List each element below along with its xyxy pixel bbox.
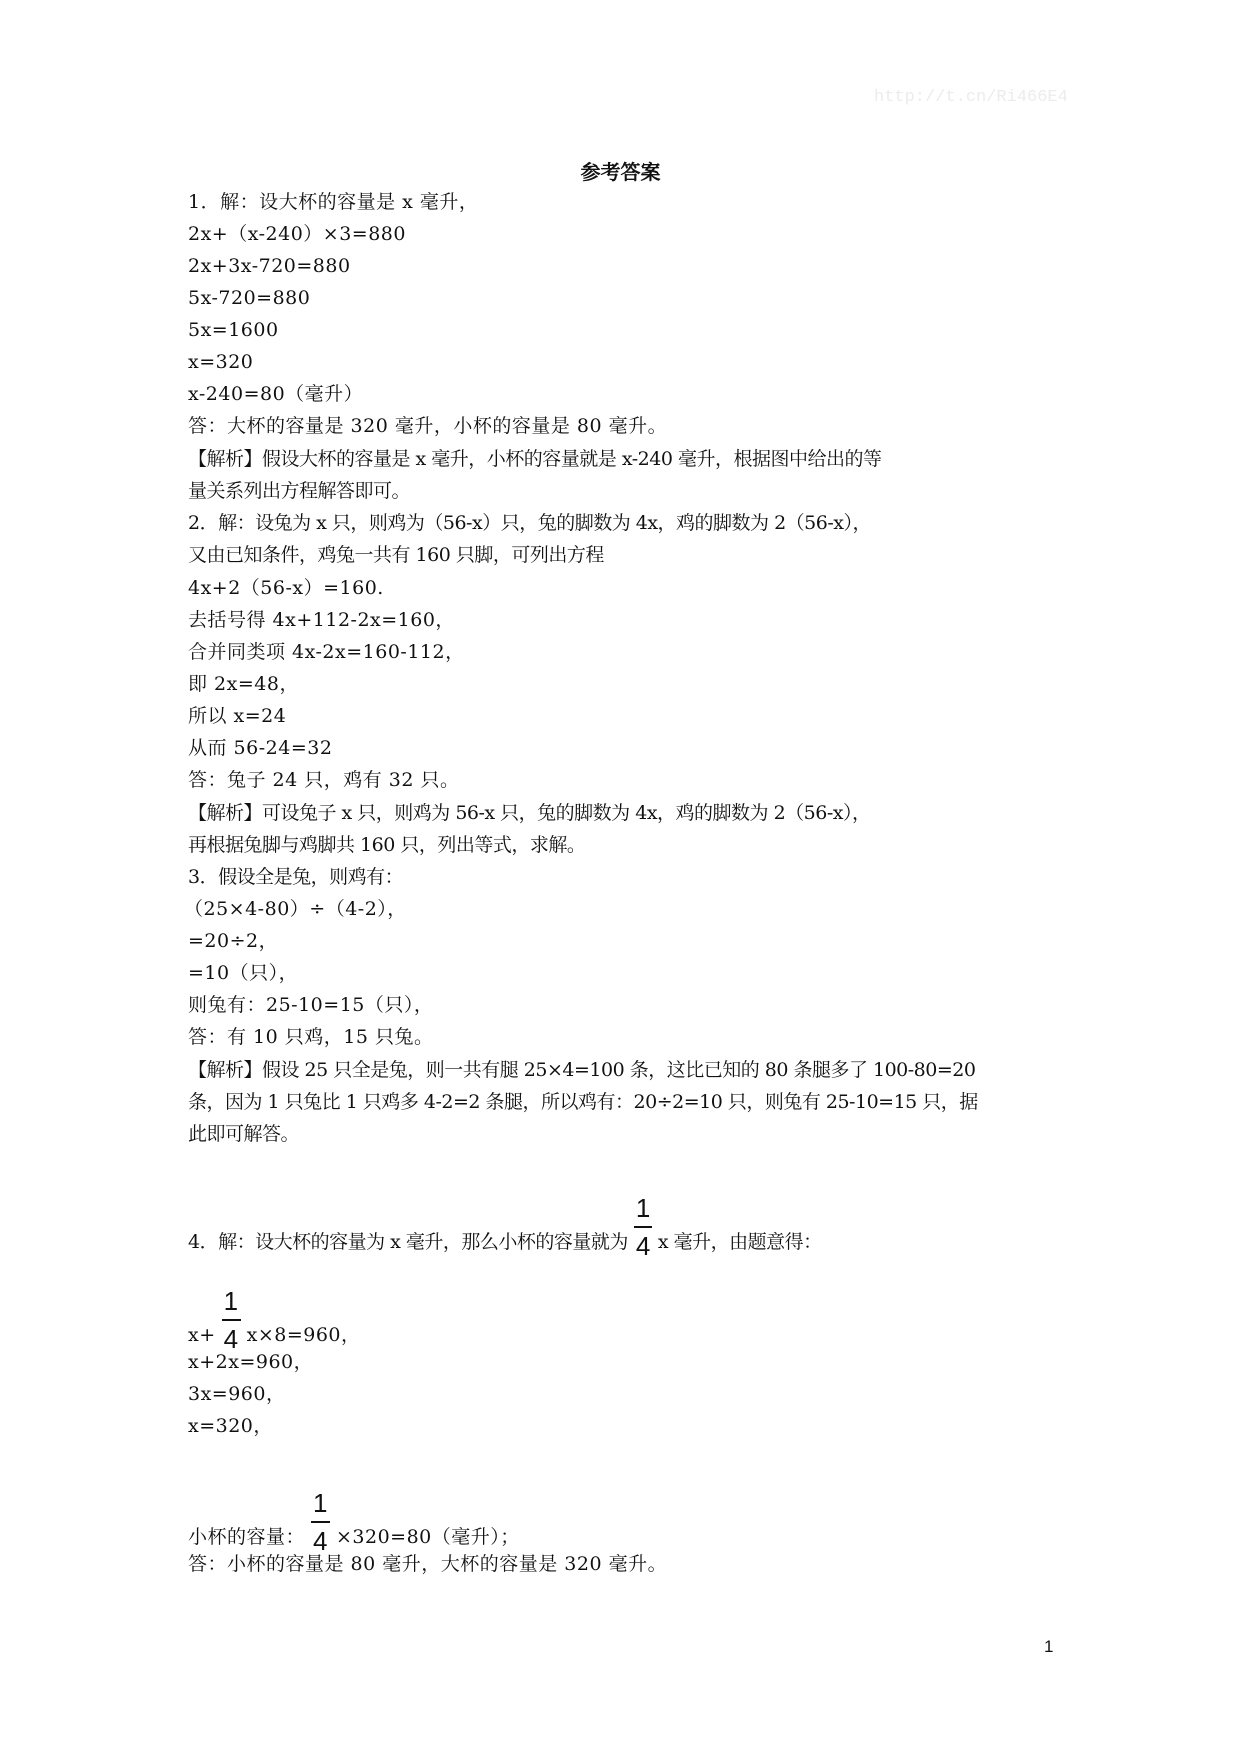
q4-intro: 4．解：设大杯的容量为 x 毫升，那么小杯的容量就为14x 毫升，由题意得：	[188, 1210, 822, 1276]
q2-line: 合并同类项 4x-2x=160-112，	[188, 640, 465, 664]
q2-answer: 答：兔子 24 只，鸡有 32 只。	[188, 768, 460, 792]
q3-line: =20÷2，	[188, 929, 278, 953]
q1-line: 2x+3x-720=880	[188, 254, 351, 278]
q4-line: 3x=960，	[188, 1382, 286, 1406]
q2-analysis: 再根据兔脚与鸡脚共 160 只，列出等式，求解。	[188, 833, 585, 857]
page-number: 1	[1044, 1637, 1053, 1657]
fraction-denominator: 4	[311, 1523, 330, 1555]
q1-analysis: 【解析】假设大杯的容量是 x 毫升，小杯的容量就是 x-240 毫升，根据图中给…	[188, 447, 881, 471]
fraction-numerator: 1	[634, 1194, 652, 1228]
q3-line: （25×4-80）÷（4-2），	[184, 897, 407, 921]
q2-line: 4x+2（56-x）=160.	[188, 576, 384, 600]
q4-line: x=320，	[188, 1414, 273, 1438]
fraction-denominator: 4	[634, 1228, 652, 1260]
q3-analysis: 【解析】假设 25 只全是兔，则一共有腿 25×4=100 条，这比已知的 80…	[188, 1058, 975, 1082]
page-title: 参考答案	[0, 156, 1241, 185]
fraction-numerator: 1	[222, 1287, 241, 1321]
q4-eq-text: x×8=960，	[247, 1324, 361, 1346]
q4-small-text: ×320=80（毫升）；	[336, 1526, 520, 1548]
fraction-one-quarter: 14	[634, 1194, 652, 1260]
q3-analysis: 此即可解答。	[188, 1122, 299, 1146]
q2-line: 去括号得 4x+112-2x=160，	[188, 608, 455, 632]
q1-analysis: 量关系列出方程解答即可。	[188, 479, 410, 503]
q4-line: x+2x=960，	[188, 1350, 313, 1374]
q1-answer: 答：大杯的容量是 320 毫升，小杯的容量是 80 毫升。	[188, 414, 667, 438]
q3-answer: 答：有 10 只鸡，15 只兔。	[188, 1025, 433, 1049]
q1-line: x-240=80（毫升）	[188, 382, 363, 406]
q1-line: 2x+（x-240）×3=880	[188, 222, 406, 246]
q3-line: =10（只），	[188, 961, 298, 985]
q2-line: 2．解：设兔为 x 只，则鸡为（56-x）只，兔的脚数为 4x，鸡的脚数为 2（…	[188, 511, 871, 535]
q1-line: 1．解：设大杯的容量是 x 毫升，	[188, 190, 478, 214]
fraction-numerator: 1	[311, 1489, 330, 1523]
q4-small-text: 小杯的容量：	[188, 1526, 305, 1548]
fraction-one-quarter: 14	[311, 1489, 330, 1555]
q1-line: 5x-720=880	[188, 286, 310, 310]
fraction-one-quarter: 14	[222, 1287, 241, 1353]
q1-line: 5x=1600	[188, 318, 279, 342]
fraction-denominator: 4	[222, 1321, 241, 1353]
q4-intro-text: 4．解：设大杯的容量为 x 毫升，那么小杯的容量就为	[188, 1231, 628, 1253]
q2-line: 即 2x=48，	[188, 672, 299, 696]
q4-answer: 答：小杯的容量是 80 毫升，大杯的容量是 320 毫升。	[188, 1552, 667, 1576]
q2-analysis: 【解析】可设兔子 x 只，则鸡为 56-x 只，兔的脚数为 4x，鸡的脚数为 2…	[188, 801, 870, 825]
watermark-url: http://t.cn/Ri466E4	[874, 88, 1068, 107]
q1-line: x=320	[188, 350, 253, 374]
q4-intro-text: x 毫升，由题意得：	[658, 1231, 822, 1253]
q2-line: 所以 x=24	[188, 704, 286, 728]
q3-line: 则兔有：25-10=15（只），	[188, 993, 433, 1017]
q2-line: 又由已知条件，鸡兔一共有 160 只脚，可列出方程	[188, 543, 604, 567]
q2-line: 从而 56-24=32	[188, 736, 332, 760]
q4-eq-text: x+	[188, 1324, 216, 1346]
q3-analysis: 条，因为 1 只兔比 1 只鸡多 4-2=2 条腿，所以鸡有：20÷2=10 只…	[188, 1090, 978, 1114]
q3-line: 3．假设全是兔，则鸡有：	[188, 865, 403, 889]
